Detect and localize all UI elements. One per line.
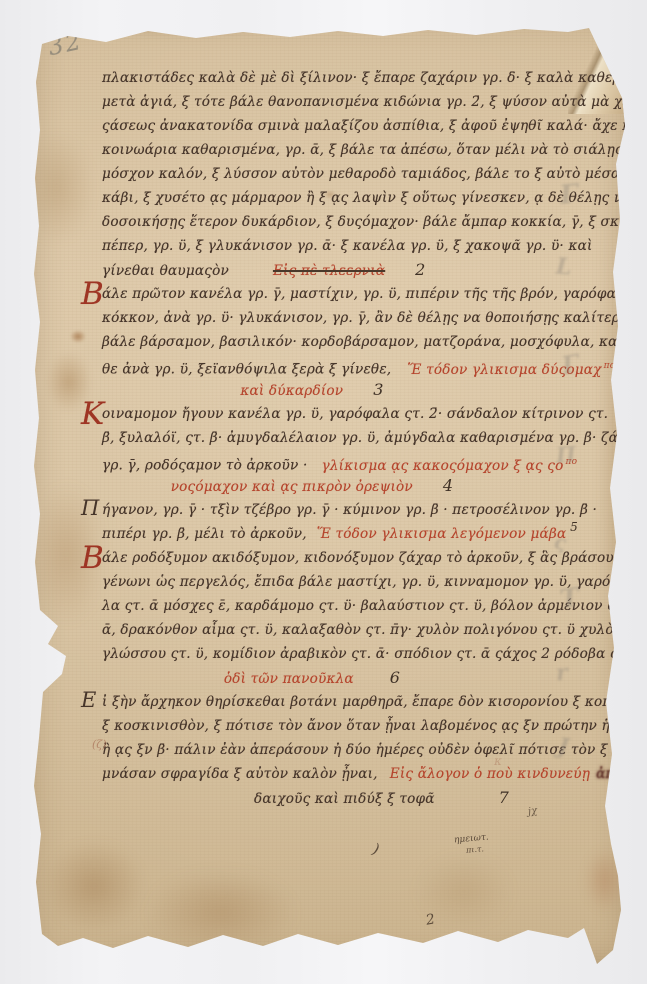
manuscript-text: οιναμομον ἤγουν κανέλα γρ. ϋ, γαρόφαλα ς… <box>102 406 608 422</box>
text-line: μνάσαν σφραγίδα ξ αὐτὸν καλὸν ᾖναι,Εἰς ἄ… <box>102 762 574 786</box>
text-line: κοινωάρια καθαρισμένα, γρ. ᾱ, ξ βάλε τα … <box>102 138 574 162</box>
text-line: ξ κοσκινισθὸν, ξ πότισε τὸν ἄνον ὅταν ᾖν… <box>102 714 574 738</box>
rubric-text: Εἰς πὲ τλεερνιὰ <box>273 263 385 279</box>
manuscript-text: ᾱ, δρακόνθον αἷμα ςτ. ϋ, καλαξαθὸν ςτ. π… <box>102 622 647 638</box>
section-number: 4 <box>443 476 453 495</box>
section-number: 3 <box>373 380 383 399</box>
text-line: ᾱ, δρακόνθον αἷμα ςτ. ϋ, καλαξαθὸν ςτ. π… <box>102 618 574 642</box>
text-line: Βάλε πρῶτον κανέλα γρ. γ̄, μαστίχιν, γρ.… <box>102 282 574 306</box>
manuscript-text: κοινωάρια καθαρισμένα, γρ. ᾱ, ξ βάλε τα … <box>102 142 647 158</box>
manuscript-text: λα ςτ. ᾱ μόσχες ε̄, καρδάμομο ςτ. ϋ· βαλ… <box>102 598 627 614</box>
ink-stain <box>20 132 94 244</box>
marginal-scribble: ) <box>370 840 381 859</box>
text-block: πλακιστάδες καλὰ δὲ μὲ δὶ ξίλινον· ξ ἔπα… <box>102 66 574 810</box>
rubric-text: γλίκισμα ᾳς κακοςόμαχον ξ ᾳς ςο <box>322 458 564 474</box>
manuscript-text: δοσοικήσῃς ἕτερον δυκάρδιον, ξ δυςόμαχον… <box>102 214 636 230</box>
manuscript-text: μόσχον καλόν, ξ λύσσον αὐτὸν μεθαροδὸ τα… <box>102 166 647 182</box>
text-line: θε ἀνὰ γρ. ϋ, ξεϊανθόψιλα ξερὰ ξ γίνεθε,… <box>102 354 574 378</box>
section-number: 2 <box>415 260 425 279</box>
ink-stain <box>42 840 146 932</box>
superscript-text: πο <box>566 457 578 467</box>
drop-initial: Π <box>81 498 100 519</box>
text-line: μόσχον καλόν, ξ λύσσον αὐτὸν μεθαροδὸ τα… <box>102 162 574 186</box>
text-line: γένωνι ὡς περγελός, ἔπιδα βάλε μαστίχι, … <box>102 570 574 594</box>
manuscript-text: ἢ ᾳς ξν β̄· πάλιν ἐὰν ἀπεράσουν ἠ δύο ἡμ… <box>102 742 647 758</box>
rubric-heading-line: καὶ δύκαρδίον3 <box>76 378 548 402</box>
rubric-heading-line: νοςόμαχον καὶ ᾳς πικρὸν ὀρεψιὸν4 <box>76 474 548 498</box>
manuscript-text: άλε πρῶτον κανέλα γρ. γ̄, μαστίχιν, γρ. … <box>102 286 634 302</box>
ink-stain <box>84 10 294 36</box>
ink-stain <box>146 870 296 954</box>
ink-stain <box>584 848 626 912</box>
manuscript-text: ήγανον, γρ. γ̄ · τξὶν τζέβρο γρ. γ̄ · κύ… <box>102 502 597 518</box>
rubric-heading-line: ὁδὶ τῶν πανοῦκλα6 <box>76 666 548 690</box>
rubric-text: Εἰς ἄλογον ὁ ποὺ κινδυνεύῃ <box>390 766 590 782</box>
text-line: Πήγανον, γρ. γ̄ · τξὶν τζέβρο γρ. γ̄ · κ… <box>102 498 574 522</box>
marginal-scribble: ημειωτ. <box>454 833 490 846</box>
rubric-text: καὶ δύκαρδίον <box>240 383 343 399</box>
section-number: 7 <box>499 788 509 807</box>
manuscript-text: γίνεθαι θαυμαςὸν <box>102 263 229 279</box>
text-line: κάβι, ξ χυσέτο ᾳς μάρμαρον ἢ ξ ᾳς λαψὶν … <box>102 186 574 210</box>
manuscript-text: β̄, ξυλαλόϊ, ςτ. β̄· ἀμυγδαλέλαιον γρ. ϋ… <box>102 430 647 446</box>
manuscript-text: γλώσσου ςτ. ϋ, κομίδιον ἀραβικὸν ςτ. ᾱ· … <box>102 646 643 662</box>
text-line: γρ. γ̄, ροδόςαμον τὸ ἀρκοῦν ·γλίκισμα ᾳς… <box>102 450 574 474</box>
drop-initial: Κ <box>81 399 104 430</box>
manuscript-text: άλε ροδόξυμον ακιδόξυμον, κιδονόξυμον ζά… <box>102 550 635 566</box>
text-line: λα ςτ. ᾱ μόσχες ε̄, καρδάμομο ςτ. ϋ· βαλ… <box>102 594 574 618</box>
text-line: Εἰ ξὴν ἄρχηκον θηρίσκεθαι βοτάνι μαρθηρᾶ… <box>102 690 574 714</box>
manuscript-text: πλακιστάδες καλὰ δὲ μὲ δὶ ξίλινον· ξ ἔπα… <box>102 70 647 86</box>
text-line: Κοιναμομον ἤγουν κανέλα γρ. ϋ, γαρόφαλα … <box>102 402 574 426</box>
ink-stain <box>70 330 86 343</box>
text-line: μετὰ ἁγιά, ξ τότε βάλε θανοπανισμένα κιδ… <box>102 90 574 114</box>
text-line: γίνεθαι θαυμαςὸνΕἰς πὲ τλεερνιὰ2 <box>102 258 574 282</box>
text-line: γλώσσου ςτ. ϋ, κομίδιον ἀραβικὸν ςτ. ᾱ· … <box>102 642 574 666</box>
drop-initial: Β <box>81 279 104 310</box>
text-line: δοσοικήσῃς ἕτερον δυκάρδιον, ξ δυςόμαχον… <box>102 210 574 234</box>
manuscript-page: 32 πλακιστάδες καλὰ δὲ μὲ δὶ ξίλινον· ξ … <box>28 14 628 966</box>
text-line: β̄, ξυλαλόϊ, ςτ. β̄· ἀμυγδαλέλαιον γρ. ϋ… <box>102 426 574 450</box>
text-line: πιπέρι γρ. β̄, μέλι τὸ ἀρκοῦν,Ἕ τόδον γλ… <box>102 522 574 546</box>
text-line: ςάσεως ἀνακατονίδα σμινὰ μαλαξίζου ἀσπίθ… <box>102 114 574 138</box>
manuscript-text: πιπέρι γρ. β̄, μέλι τὸ ἀρκοῦν, <box>102 526 307 542</box>
manuscript-text: βάλε βάρσαμον, βασιλικόν· κορδοβάρσαμον,… <box>102 334 635 350</box>
manuscript-text: μνάσαν σφραγίδα ξ αὐτὸν καλὸν ᾖναι, <box>102 766 378 782</box>
section-number: 6 <box>390 668 400 687</box>
rubric-text: Ἕ τόδον γλικισμα δύςομαχ <box>407 362 601 378</box>
ink-stain <box>416 854 512 928</box>
manuscript-text: ἰ ξὴν ἄρχηκον θηρίσκεθαι βοτάνι μαρθηρᾶ,… <box>102 694 647 710</box>
folio-number-pencil: 32 <box>45 27 85 62</box>
manuscript-text: γένωνι ὡς περγελός, ἔπιδα βάλε μαστίχι, … <box>102 574 630 590</box>
marginal-scribble: πι.τ. <box>466 844 484 854</box>
text-line: πέπερ, γρ. ϋ, ξ γλυκάνισον γρ. ᾱ· ξ κανέ… <box>102 234 574 258</box>
text-line: πλακιστάδες καλὰ δὲ μὲ δὶ ξίλινον· ξ ἔπα… <box>102 66 574 90</box>
smudged-text: ἀποθάνῃ <box>596 766 647 782</box>
text-line: Βάλε ροδόξυμον ακιδόξυμον, κιδονόξυμον ζ… <box>102 546 574 570</box>
manuscript-text: πέπερ, γρ. ϋ, ξ γλυκάνισον γρ. ᾱ· ξ κανέ… <box>102 238 593 254</box>
section-number: 5 <box>570 515 578 539</box>
manuscript-text: δαιχοῦς καὶ πιδύξ ξ τοφᾶ <box>254 791 435 807</box>
manuscript-text: μετὰ ἁγιά, ξ τότε βάλε θανοπανισμένα κιδ… <box>102 94 647 110</box>
rubric-text: Ἕ τόδον γλικισμα λεγόμενον μάβα <box>317 526 567 542</box>
scan-background: 32 πλακιστάδες καλὰ δὲ μὲ δὶ ξίλινον· ξ … <box>0 0 647 984</box>
manuscript-text: γρ. γ̄, ροδόςαμον τὸ ἀρκοῦν · <box>102 458 308 474</box>
text-line: βάλε βάρσαμον, βασιλικόν· κορδοβάρσαμον,… <box>102 330 574 354</box>
superscript-text: πο <box>604 361 616 371</box>
text-line: ἢ ᾳς ξν β̄· πάλιν ἐὰν ἀπεράσουν ἠ δύο ἡμ… <box>102 738 574 762</box>
drop-initial: Ε <box>81 690 97 711</box>
manuscript-text: ξ κοσκινισθὸν, ξ πότισε τὸν ἄνον ὅταν ᾖν… <box>102 718 647 734</box>
manuscript-text: θε ἀνὰ γρ. ϋ, ξεϊανθόψιλα ξερὰ ξ γίνεθε, <box>102 362 391 378</box>
text-line: δαιχοῦς καὶ πιδύξ ξ τοφᾶ7 <box>102 786 574 810</box>
manuscript-text: ςάσεως ἀνακατονίδα σμινὰ μαλαξίζου ἀσπίθ… <box>102 118 640 134</box>
drop-initial: Β <box>81 543 104 574</box>
manuscript-text: κάβι, ξ χυσέτο ᾳς μάρμαρον ἢ ξ ᾳς λαψὶν … <box>102 190 632 206</box>
rubric-text: νοςόμαχον καὶ ᾳς πικρὸν ὀρεψιὸν <box>171 479 413 495</box>
text-line: κόκκον, ἀνὰ γρ. ϋ· γλυκάνισον, γρ. γ̄, ἂ… <box>102 306 574 330</box>
rubric-text: ὁδὶ τῶν πανοῦκλα <box>224 671 354 687</box>
manuscript-text: κόκκον, ἀνὰ γρ. ϋ· γλυκάνισον, γρ. γ̄, ἂ… <box>102 310 641 326</box>
marginal-scribble: 2 <box>425 911 437 928</box>
